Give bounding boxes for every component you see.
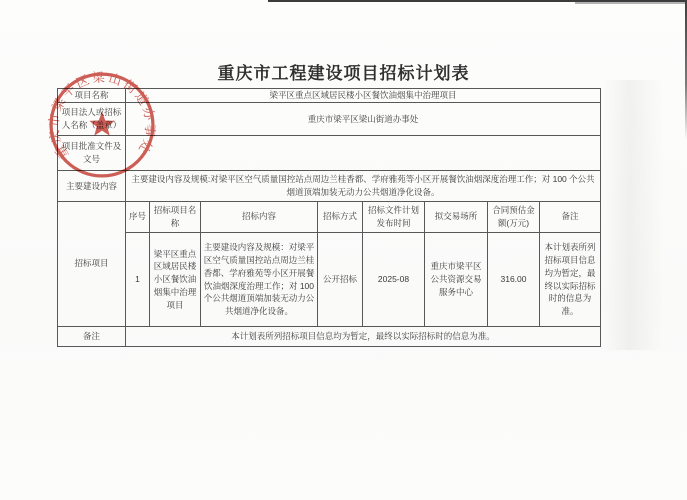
main-content-value: 主要建设内容及规模:对梁平区空气质量国控站点周边兰桂香都、学府雅苑等小区开展餐饮… xyxy=(126,171,601,202)
header-venue: 拟交易场所 xyxy=(425,202,488,233)
header-seq: 序号 xyxy=(126,202,150,233)
cell-method: 公开招标 xyxy=(318,233,363,327)
bid-data-row: 1 梁平区重点区域居民楼小区餐饮油烟集中治理项目 主要建设内容及规模：对梁平区空… xyxy=(58,233,601,327)
header-remark: 备注 xyxy=(540,202,601,233)
header-project-name: 招标项目名称 xyxy=(150,202,201,233)
footer-remark-value: 本计划表所列招标项目信息均为暂定，最终以实际招标时的信息为准。 xyxy=(126,327,601,347)
header-content: 招标内容 xyxy=(201,202,318,233)
cell-remark: 本计划表所列招标项目信息均为暂定，最终以实际招标时的信息为准。 xyxy=(540,233,601,327)
cell-project-name: 梁平区重点区域居民楼小区餐饮油烟集中治理项目 xyxy=(150,233,201,327)
cell-amount: 316.00 xyxy=(488,233,540,327)
scanned-page: 重庆市工程建设项目招标计划表 项目名称 梁平区重点区域居民楼小区餐饮油烟集中治理… xyxy=(0,0,687,500)
cell-venue: 重庆市梁平区公共资源交易服务中心 xyxy=(425,233,488,327)
official-seal: 重庆市梁平区梁山街道办事处 xyxy=(46,69,158,181)
scan-edge-top-secondary xyxy=(575,2,687,4)
page-fold-shadow xyxy=(602,80,664,350)
bid-section-label: 招标项目 xyxy=(58,202,126,327)
header-method: 招标方式 xyxy=(318,202,363,233)
legal-entity-value: 重庆市梁平区梁山街道办事处 xyxy=(126,103,601,136)
cell-content: 主要建设内容及规模：对梁平区空气质量国控站点周边兰桂香都、学府雅苑等小区开展餐饮… xyxy=(201,233,318,327)
row-footer-remark: 备注 本计划表所列招标项目信息均为暂定，最终以实际招标时的信息为准。 xyxy=(58,327,601,347)
footer-remark-label: 备注 xyxy=(58,327,126,347)
header-amount: 合同预估金额(万元) xyxy=(488,202,540,233)
approval-doc-value xyxy=(126,136,601,171)
project-name-value: 梁平区重点区域居民楼小区餐饮油烟集中治理项目 xyxy=(126,89,601,103)
seal-star xyxy=(89,112,114,136)
cell-seq: 1 xyxy=(126,233,150,327)
bid-header-row: 招标项目 序号 招标项目名称 招标内容 招标方式 招标文件计划发布时间 拟交易场… xyxy=(58,202,601,233)
cell-publish-time: 2025-08 xyxy=(363,233,425,327)
header-publish-time: 招标文件计划发布时间 xyxy=(363,202,425,233)
